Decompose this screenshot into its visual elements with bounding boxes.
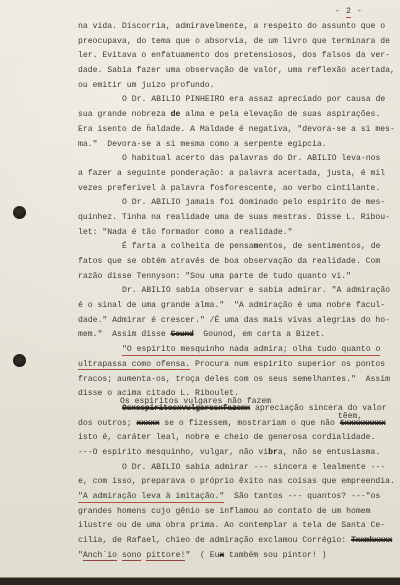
text-line: Dr. ABILIO sabia observar e sabia admira… bbox=[78, 284, 398, 299]
text-line: ---O espirito mesquinho, vulgar, não vib… bbox=[78, 446, 398, 461]
hole-punch-icon bbox=[13, 354, 26, 367]
typed-text: alma e pela elevação de suas aspirações. bbox=[180, 110, 380, 119]
text-line: "O espirito mesquinho nada admira; olha … bbox=[78, 343, 398, 358]
text-line: O habitual acerto das palavras do Dr. AB… bbox=[78, 152, 398, 167]
struck-out-text: Gound bbox=[171, 330, 194, 339]
text-line: É farta a colheita de pensamentos, de se… bbox=[78, 240, 398, 255]
typed-text: ma." Devora-se a si mesma como a serpent… bbox=[78, 140, 327, 149]
typed-text: Era isento de ĥaldade. A Maldade é negat… bbox=[78, 125, 395, 134]
struck-out-text: xxxxx bbox=[137, 419, 160, 428]
typed-text: preocupava, do tema que o absorvia, de u… bbox=[78, 37, 390, 46]
text-block: na vida. Discorria, admiravelmente, a re… bbox=[78, 20, 398, 563]
typed-text: Procura num espirito superior os pontos bbox=[190, 360, 385, 369]
text-line: ma." Devora-se a si mesma como a serpent… bbox=[78, 138, 398, 153]
typed-text: dade. Sabia fazer uma observação de valo… bbox=[78, 66, 395, 75]
text-line: fatos que se obtém através de boa observ… bbox=[78, 255, 398, 270]
text-line: O Dr. ABILIO jamais foi dominado pelo es… bbox=[78, 196, 398, 211]
text-line: ultrapassa como ofensa. Procura num espi… bbox=[78, 358, 398, 373]
page-number-suffix: - bbox=[351, 7, 362, 16]
typed-text: fracos; aumenta-os, troça deles com os s… bbox=[78, 375, 390, 384]
text-line: O Dr. ABILIO PINHEIRO era assaz apreciad… bbox=[78, 93, 398, 108]
underlined-text: pittore! bbox=[146, 551, 185, 562]
typed-text: O Dr. ABILIO sabia admirar --- sincera e… bbox=[122, 463, 385, 472]
typed-text: isto é, caráter leal, nobre e cheio de g… bbox=[78, 433, 375, 442]
text-line: ler. Evitava o enfatuamento dos pretensi… bbox=[78, 49, 398, 64]
typed-text: let: "Nada é tão formador como a realida… bbox=[78, 228, 293, 237]
typed-text: razão disse Tennyson: "Sou uma parte de … bbox=[78, 272, 351, 281]
typed-text: dade." Admirar é crescer." /É uma das ma… bbox=[78, 316, 390, 325]
red-underlined-text: ultrapassa como ofensa. bbox=[78, 360, 190, 371]
text-line: O Dr. ABILIO sabia admirar --- sincera e… bbox=[78, 461, 398, 476]
text-line: dade. Sabia fazer uma observação de valo… bbox=[78, 64, 398, 79]
typed-text: a fazer a seguinte ponderação: a palavra… bbox=[78, 169, 385, 178]
typed-text: ---O espirito mesquinho, vulgar, não vi bbox=[78, 448, 268, 457]
typed-text: ler. Evitava o enfatuamento dos pretensi… bbox=[78, 51, 390, 60]
text-line: Era isento de ĥaldade. A Maldade é negat… bbox=[78, 123, 398, 138]
text-line: "Anch´io sono pittore!" ( Eux também sou… bbox=[78, 549, 398, 564]
inserted-correction-text: tẽem, bbox=[338, 410, 362, 425]
typed-text: " ( Eu bbox=[185, 551, 219, 560]
text-line: sua grande nobreza de alma e pela elevaç… bbox=[78, 108, 398, 123]
typed-text: ou emitir um juizo profundo. bbox=[78, 81, 215, 90]
typed-text: quinhez. Tinha na realidade uma de suas … bbox=[78, 213, 390, 222]
text-line: a fazer a seguinte ponderação: a palavra… bbox=[78, 167, 398, 182]
overtyped-text: de bbox=[171, 110, 181, 119]
typed-text: mem." Assim disse bbox=[78, 330, 171, 339]
typed-text: cilia, de Rafael, chieo de admiração exc… bbox=[78, 536, 351, 545]
page-edge-shadow bbox=[0, 577, 400, 585]
text-line: razão disse Tennyson: "Sou uma parte de … bbox=[78, 270, 398, 285]
typed-text: O habitual acerto das palavras do Dr. AB… bbox=[122, 154, 380, 163]
red-underlined-text: "A admiração leva à imitação." bbox=[78, 492, 224, 503]
typed-text: também sou pintor! ) bbox=[224, 551, 326, 560]
typed-text: é o sinal de uma grande alma." "A admira… bbox=[78, 301, 385, 310]
typed-text: Dr. ABILIO sabia observar e sabia admira… bbox=[122, 286, 390, 295]
typed-text: Gounod, em carta a Bizet. bbox=[194, 330, 326, 339]
text-line: quinhez. Tinha na realidade uma de suas … bbox=[78, 211, 398, 226]
text-line: "A admiração leva à imitação." São tanto… bbox=[78, 490, 398, 505]
struck-out-text: txxxxxxxxxtẽem, bbox=[340, 419, 386, 428]
struck-out-text: Txxmkxxxx bbox=[351, 536, 392, 545]
text-line: grandes homens cujo gênio se inflamou ao… bbox=[78, 505, 398, 520]
typed-text: vezes preferivel à palavra fosforescente… bbox=[78, 184, 380, 193]
text-line: ou emitir um juizo profundo. bbox=[78, 79, 398, 94]
typed-text: O Dr. ABILIO jamais foi dominado pelo es… bbox=[122, 198, 385, 207]
page-number-prefix: - bbox=[335, 7, 346, 16]
text-line: vezes preferivel à palavra fosforescente… bbox=[78, 182, 398, 197]
text-line: isto é, caráter leal, nobre e cheio de g… bbox=[78, 431, 398, 446]
text-line: let: "Nada é tão formador como a realida… bbox=[78, 226, 398, 241]
text-line: dade." Admirar é crescer." /É uma das ma… bbox=[78, 314, 398, 329]
typed-text: fatos que se obtém através de boa observ… bbox=[78, 257, 380, 266]
hole-punch-icon bbox=[13, 206, 26, 219]
typed-text: dos outros; bbox=[78, 419, 137, 428]
typed-text: na vida. Discorria, admiravelmente, a re… bbox=[78, 22, 385, 31]
typed-text: sua grande nobreza bbox=[78, 110, 171, 119]
typed-text: se o fizessem, mostrariam o que não bbox=[159, 419, 339, 428]
text-line: preocupava, do tema que o absorvia, de u… bbox=[78, 35, 398, 50]
struck-out-text: OsxespiritosxvulgaresxfazemxOs espiritos… bbox=[122, 404, 250, 413]
struck-out-text: x bbox=[219, 551, 224, 560]
text-line: é o sinal de uma grande alma." "A admira… bbox=[78, 299, 398, 314]
typed-text: É farta a colheita de pensa bbox=[122, 242, 254, 251]
text-line: na vida. Discorria, admiravelmente, a re… bbox=[78, 20, 398, 35]
text-line: cilia, de Rafael, chieo de admiração exc… bbox=[78, 534, 398, 549]
typed-text: entos, de sentimentos, de bbox=[259, 242, 381, 251]
text-line: fracos; aumenta-os, troça deles com os s… bbox=[78, 373, 398, 388]
underlined-text: Anch´io bbox=[83, 551, 117, 562]
red-underlined-text: "O espirito mesquinho nada admira; olha … bbox=[122, 345, 380, 356]
typed-text: a, não se entusiasma. bbox=[278, 448, 380, 457]
text-line: e, com isso, preparava o próprio êxito n… bbox=[78, 475, 398, 490]
text-line: mem." Assim disse Gound Gounod, em carta… bbox=[78, 328, 398, 343]
typed-text: ilustre ou de uma obra prima. Ao contemp… bbox=[78, 521, 385, 530]
page-number: - 2 - bbox=[335, 6, 362, 18]
text-line: ilustre ou de uma obra prima. Ao contemp… bbox=[78, 519, 398, 534]
underlined-text: sono bbox=[122, 551, 142, 562]
typed-text: São tantos --- quantos? ---"os bbox=[224, 492, 380, 501]
inserted-correction-text: Os espiritos vulgares não fazem bbox=[120, 395, 271, 410]
overtyped-text: br bbox=[268, 448, 278, 457]
typed-text: O Dr. ABILIO PINHEIRO era assaz apreciad… bbox=[122, 95, 385, 104]
text-line: dos outros; xxxxx se o fizessem, mostrar… bbox=[78, 417, 398, 432]
typed-text: e, com isso, preparava o próprio êxito n… bbox=[78, 477, 395, 486]
typed-text: grandes homens cujo gênio se inflamou ao… bbox=[78, 507, 371, 516]
